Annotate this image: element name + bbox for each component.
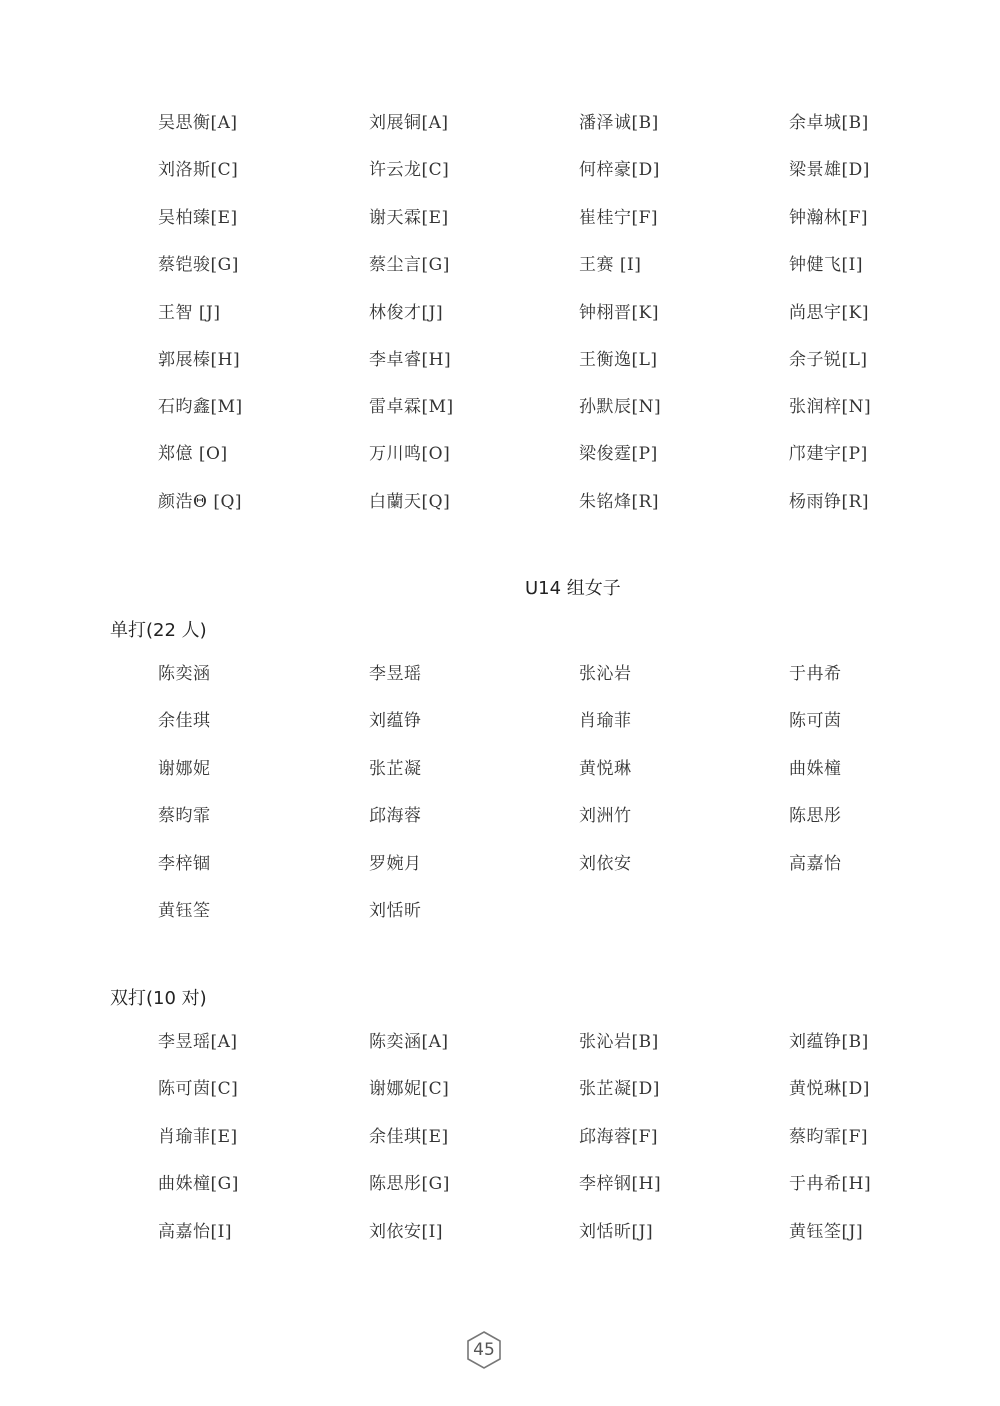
player-cell: 高嘉怡 [789,849,842,879]
player-pair-cell: 王智 [J] [158,298,220,328]
player-pair-cell: 朱铭烽[R] [579,487,659,517]
player-cell: 黄悦琳 [579,754,632,784]
player-pair-cell: 余佳琪[E] [369,1122,449,1152]
table-row: 肖瑜菲[E] 余佳琪[E] 邱海蓉[F] 蔡昀霏[F] [158,1122,918,1152]
table-row: 颜浩Θ [Q] 白蘭天[Q] 朱铭烽[R] 杨雨铮[R] [158,487,918,517]
player-pair-cell: 尚思宇[K] [789,298,869,328]
player-pair-cell: 陈奕涵[A] [369,1027,449,1057]
player-cell: 张沁岩 [579,659,632,689]
player-cell: 黄钰筌 [158,896,211,926]
player-pair-cell: 刘洛斯[C] [158,155,238,185]
player-pair-cell: 张芷凝[D] [579,1074,660,1104]
table-row: 余佳琪 刘蕴铮 肖瑜菲 陈可茵 [158,706,918,736]
table-row: 石昀鑫[M] 雷卓霖[M] 孙默辰[N] 张润梓[N] [158,392,918,422]
player-pair-cell: 蔡昀霏[F] [789,1122,868,1152]
player-pair-cell: 雷卓霖[M] [369,392,454,422]
player-pair-cell: 潘泽诚[B] [579,108,659,138]
table-row: 陈奕涵 李昱瑶 张沁岩 于冉希 [158,659,918,689]
table-row: 黄钰筌 刘恬昕 [158,896,918,926]
player-pair-cell: 谢天霖[E] [369,203,449,233]
player-cell: 刘洲竹 [579,801,632,831]
player-pair-cell: 颜浩Θ [Q] [158,487,242,517]
player-pair-cell: 余卓城[B] [789,108,869,138]
table-row: 刘洛斯[C] 许云龙[C] 何梓豪[D] 梁景雄[D] [158,155,918,185]
player-pair-cell: 杨雨铮[R] [789,487,869,517]
player-pair-cell: 张沁岩[B] [579,1027,659,1057]
page-number-label: 45 [465,1330,503,1370]
player-pair-cell: 石昀鑫[M] [158,392,243,422]
table-row: 谢娜妮 张芷凝 黄悦琳 曲姝橦 [158,754,918,784]
player-pair-cell: 郭展榛[H] [158,345,240,375]
table-row: 郑億 [O] 万川鸣[O] 梁俊霆[P] 邝建宇[P] [158,439,918,469]
player-pair-cell: 刘恬昕[J] [579,1217,653,1247]
player-cell: 罗婉月 [369,849,422,879]
player-pair-cell: 李卓睿[H] [369,345,451,375]
player-pair-cell: 钟栩晋[K] [579,298,659,328]
player-pair-cell: 黄钰筌[J] [789,1217,863,1247]
player-pair-cell: 黄悦琳[D] [789,1074,870,1104]
table-row: 吴柏臻[E] 谢天霖[E] 崔桂宁[F] 钟瀚林[F] [158,203,918,233]
table-row: 曲姝橦[G] 陈思彤[G] 李梓钢[H] 于冉希[H] [158,1169,918,1199]
player-pair-cell: 许云龙[C] [369,155,449,185]
player-pair-cell: 肖瑜菲[E] [158,1122,238,1152]
player-cell: 谢娜妮 [158,754,211,784]
table-row: 蔡铠骏[G] 蔡尘言[G] 王赛 [I] 钟健飞[I] [158,250,918,280]
player-pair-cell: 孙默辰[N] [579,392,661,422]
player-pair-cell: 吴思衡[A] [158,108,238,138]
player-pair-cell: 李昱瑶[A] [158,1027,238,1057]
table-row: 李昱瑶[A] 陈奕涵[A] 张沁岩[B] 刘蕴铮[B] [158,1027,918,1057]
doubles-heading: 双打(10 对) [110,984,207,1010]
player-cell: 刘蕴铮 [369,706,422,736]
player-pair-cell: 刘蕴铮[B] [789,1027,869,1057]
player-pair-cell: 林俊才[J] [369,298,443,328]
table-row: 蔡昀霏 邱海蓉 刘洲竹 陈思彤 [158,801,918,831]
table-row: 郭展榛[H] 李卓睿[H] 王衡逸[L] 余子锐[L] [158,345,918,375]
player-pair-cell: 刘依安[I] [369,1217,443,1247]
player-cell: 陈思彤 [789,801,842,831]
player-pair-cell: 张润梓[N] [789,392,871,422]
player-cell: 曲姝橦 [789,754,842,784]
player-pair-cell: 万川鸣[O] [369,439,450,469]
player-pair-cell: 钟瀚林[F] [789,203,868,233]
section-title: U14 组女子 [525,574,621,600]
table-row: 李梓锢 罗婉月 刘依安 高嘉怡 [158,849,918,879]
player-pair-cell: 邱海蓉[F] [579,1122,658,1152]
player-cell: 邱海蓉 [369,801,422,831]
player-pair-cell: 李梓钢[H] [579,1169,661,1199]
player-pair-cell: 谢娜妮[C] [369,1074,449,1104]
player-cell: 蔡昀霏 [158,801,211,831]
table-row: 吴思衡[A] 刘展铜[A] 潘泽诚[B] 余卓城[B] [158,108,918,138]
player-pair-cell: 郑億 [O] [158,439,228,469]
player-cell: 刘依安 [579,849,632,879]
player-pair-cell: 梁景雄[D] [789,155,870,185]
player-pair-cell: 刘展铜[A] [369,108,449,138]
player-pair-cell: 王赛 [I] [579,250,641,280]
player-cell: 刘恬昕 [369,896,422,926]
player-pair-cell: 蔡尘言[G] [369,250,450,280]
player-pair-cell: 白蘭天[Q] [369,487,450,517]
player-pair-cell: 何梓豪[D] [579,155,660,185]
player-pair-cell: 余子锐[L] [789,345,868,375]
player-pair-cell: 于冉希[H] [789,1169,871,1199]
player-pair-cell: 钟健飞[I] [789,250,863,280]
player-cell: 李昱瑶 [369,659,422,689]
player-pair-cell: 高嘉怡[I] [158,1217,232,1247]
player-cell: 陈奕涵 [158,659,211,689]
player-pair-cell: 陈可茵[C] [158,1074,238,1104]
player-cell: 李梓锢 [158,849,211,879]
player-pair-cell: 梁俊霆[P] [579,439,658,469]
table-row: 陈可茵[C] 谢娜妮[C] 张芷凝[D] 黄悦琳[D] [158,1074,918,1104]
table-row: 王智 [J] 林俊才[J] 钟栩晋[K] 尚思宇[K] [158,298,918,328]
singles-heading: 单打(22 人) [110,616,207,642]
player-pair-cell: 曲姝橦[G] [158,1169,239,1199]
player-cell: 陈可茵 [789,706,842,736]
player-pair-cell: 吴柏臻[E] [158,203,238,233]
player-pair-cell: 蔡铠骏[G] [158,250,239,280]
player-cell: 张芷凝 [369,754,422,784]
player-cell: 余佳琪 [158,706,211,736]
player-pair-cell: 王衡逸[L] [579,345,658,375]
player-pair-cell: 邝建宇[P] [789,439,868,469]
player-pair-cell: 陈思彤[G] [369,1169,450,1199]
player-cell: 肖瑜菲 [579,706,632,736]
table-row: 高嘉怡[I] 刘依安[I] 刘恬昕[J] 黄钰筌[J] [158,1217,918,1247]
page-number: 45 [465,1330,503,1370]
player-cell: 于冉希 [789,659,842,689]
player-pair-cell: 崔桂宁[F] [579,203,658,233]
